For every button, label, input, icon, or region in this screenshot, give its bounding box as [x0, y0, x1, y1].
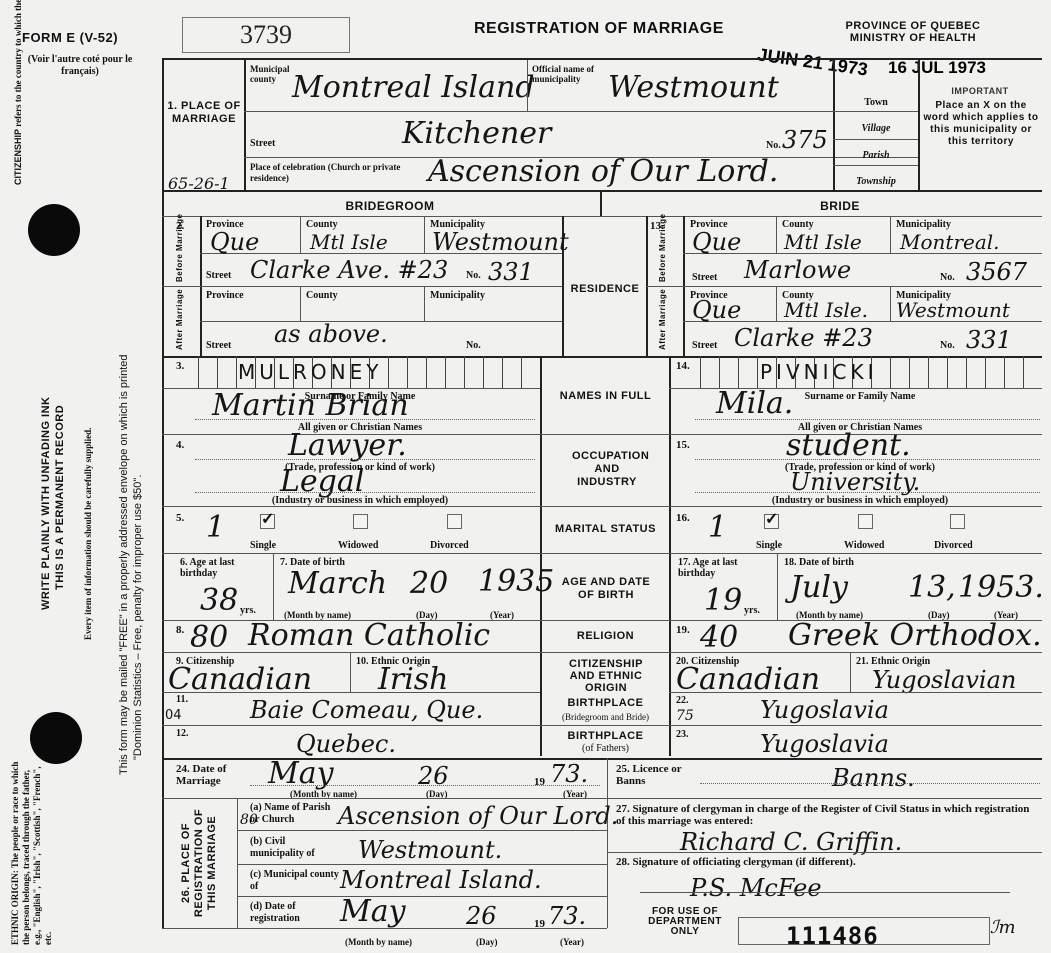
department-number: 111486	[786, 922, 879, 950]
registration-number-box: 3739	[182, 17, 350, 53]
citizenship-label: CITIZENSHIP AND ETHNIC ORIGIN	[560, 658, 652, 694]
form-code: FORM E (V-52)	[22, 30, 118, 45]
place-code: 65-26-1	[168, 168, 230, 200]
civil-municipality-value: Westmount.	[358, 834, 502, 866]
bride-divorced-label: Divorced	[934, 540, 973, 552]
official-name-label: Official name of municipality	[532, 64, 604, 84]
registration-section-label: 26. PLACE OF REGISTRATION OF THIS MARRIA…	[180, 800, 219, 926]
clergyman-register-signature: Richard C. Griffin.	[680, 826, 902, 858]
birthplace-label: BIRTHPLACE	[542, 697, 669, 709]
groom-divorced-label: Divorced	[430, 540, 469, 552]
celebration-label: Place of celebration (Church or private …	[250, 162, 420, 184]
groom-birthplace: Baie Comeau, Que.	[250, 694, 483, 726]
divider	[890, 216, 891, 253]
bride-occupation: student.	[786, 430, 911, 462]
divider	[695, 492, 1040, 493]
bride-dob-label: 18. Date of birth	[784, 557, 854, 569]
bride-birthplace: Yugoslavia	[760, 694, 889, 726]
groom-after-county-label: County	[306, 290, 338, 302]
groom-age-label-text: Age at last birthday	[180, 557, 234, 579]
groom-religion: Roman Catholic	[248, 620, 490, 652]
bride-name-number: 14.	[676, 360, 690, 372]
bride-religion-number: 19.	[676, 624, 690, 636]
divider	[600, 190, 602, 216]
ink-warning-2: THIS IS A PERMANENT RECORD	[54, 405, 66, 590]
mail-note-2: "Dominion Statistics – Free, penalty for…	[132, 475, 144, 760]
bride-dob-year: 1953.	[958, 572, 1044, 604]
street-value: Kitchener	[402, 118, 551, 150]
groom-birth-code: 04	[165, 708, 182, 723]
divider	[237, 896, 607, 897]
province-name: PROVINCE OF QUEBEC	[838, 20, 988, 32]
bride-divorced-checkbox[interactable]	[950, 514, 965, 529]
divider	[195, 419, 535, 420]
religion-label: RELIGION	[542, 630, 669, 642]
groom-divorced-checkbox[interactable]	[447, 514, 462, 529]
citizenship-note-text: refers to the country to which the perso…	[13, 0, 23, 127]
groom-industry-label: (Industry or business in which employed)	[200, 495, 520, 507]
groom-father-birthplace-number: 12.	[176, 728, 189, 740]
bride-before-marriage-label: Before Marriage	[658, 214, 667, 282]
groom-before-number: 331	[488, 256, 534, 288]
divider	[669, 356, 671, 756]
clergyman-register-label: 27. Signature of clergyman in charge of …	[616, 803, 1036, 827]
groom-marital-number: 5.	[176, 512, 184, 524]
groom-birthplace-number: 11.	[176, 694, 188, 706]
form-title: REGISTRATION OF MARRIAGE	[474, 20, 724, 38]
groom-yrs-label: yrs.	[240, 605, 256, 617]
info-note: Every item of information should be care…	[82, 428, 94, 640]
bride-dob-label-text: Date of birth	[799, 557, 854, 568]
place-of-marriage-label: 1. PLACE OF MARRIAGE	[164, 100, 244, 126]
bride-industry-label: (Industry or business in which employed)	[700, 495, 1020, 507]
names-label: NAMES IN FULL	[542, 390, 669, 402]
municipal-county-value-2: Montreal Island.	[340, 864, 542, 896]
divider	[833, 139, 918, 140]
registration-year-label: (Year)	[560, 936, 584, 948]
bride-after-municipality: Westmount	[896, 294, 1010, 326]
licence-value: Banns.	[832, 762, 915, 794]
groom-year-label: (Year)	[490, 609, 514, 621]
officiating-clergyman-label: 28. Signature of officiating clergyman (…	[616, 856, 1036, 868]
divider	[777, 553, 778, 620]
divider	[833, 111, 918, 112]
bride-after-street: Clarke #23	[734, 322, 873, 354]
groom-widowed-checkbox[interactable]	[353, 514, 368, 529]
bride-heading: BRIDE	[640, 199, 1040, 213]
groom-after-province-label: Province	[206, 290, 244, 302]
divider	[540, 356, 542, 756]
divider	[695, 419, 1040, 420]
divider	[300, 216, 301, 253]
registration-month: May	[340, 896, 406, 928]
residence-label: RESIDENCE	[564, 283, 646, 295]
street-label: Street	[250, 138, 275, 150]
bride-age-label: 17. Age at last birthday	[678, 557, 774, 579]
frame-top	[162, 58, 1042, 60]
officiating-clergyman-signature: P.S. McFee	[690, 872, 822, 904]
divider	[833, 165, 918, 166]
groom-widowed-label: Widowed	[338, 540, 378, 552]
divider	[890, 286, 891, 321]
municipal-county-label: Municipal county	[250, 64, 292, 84]
groom-before-municipality: Westmount	[432, 226, 569, 258]
number-label: No.	[766, 140, 781, 152]
bride-before-street: Marlowe	[744, 254, 851, 286]
divider	[244, 58, 246, 190]
groom-before-street-label: Street	[206, 270, 231, 282]
bride-dob-number: 18.	[784, 557, 797, 568]
bride-religion-code: 40	[700, 622, 738, 654]
bride-before-no-label: No.	[940, 272, 955, 284]
groom-occupation: Lawyer.	[288, 430, 407, 462]
divider	[350, 652, 351, 692]
licence-label: 25. Licence or Banns	[616, 763, 696, 787]
bride-dob-day: 13,	[908, 572, 956, 604]
bride-before-street-label: Street	[692, 272, 717, 284]
groom-given-names: Martin Brian	[212, 390, 409, 422]
divider	[195, 459, 535, 460]
divider	[776, 216, 777, 253]
groom-surname: MULRONEY	[238, 356, 383, 388]
divider	[273, 553, 274, 620]
divider	[162, 692, 540, 693]
registration-day-label: (Day)	[476, 936, 498, 948]
birthplace-sub-label: (Bridegroom and Bride)	[542, 711, 669, 723]
province-label: PROVINCE OF QUEBEC MINISTRY OF HEALTH	[838, 20, 988, 44]
groom-before-street: Clarke Ave. #23	[250, 254, 448, 286]
ethnic-note-title: ETHNIC ORIGIN:	[10, 870, 20, 945]
divider	[424, 216, 425, 253]
initials-mark: ℐm	[990, 912, 1016, 944]
groom-dob-day: 20	[410, 568, 448, 600]
groom-after-street: as above.	[274, 318, 388, 350]
civil-municipality-label: (b) Civil municipality of	[250, 836, 340, 860]
bride-industry: University.	[790, 466, 920, 498]
divider	[162, 190, 1042, 192]
important-label: IMPORTANT	[920, 86, 1040, 96]
official-name-value: Westmount	[608, 72, 779, 104]
bride-single-checkbox[interactable]: ✓	[764, 514, 779, 529]
bride-marital-number: 16.	[676, 512, 690, 524]
divider	[850, 652, 851, 692]
french-note: (Voir l'autre coté pour le français)	[20, 54, 140, 78]
punch-hole	[28, 204, 80, 256]
groom-age-label: 6. Age at last birthday	[180, 557, 270, 579]
bride-birthplace-number: 22.	[676, 695, 689, 707]
department-use-label: FOR USE OF DEPARTMENT ONLY	[640, 907, 730, 937]
marital-status-label: MARITAL STATUS	[542, 523, 669, 535]
groom-religion-number: 8.	[176, 624, 184, 636]
divider	[250, 785, 600, 786]
divider	[918, 60, 920, 190]
groom-ethnic-number: 10.	[356, 656, 369, 667]
groom-after-marriage-label: After Marriage	[175, 289, 184, 350]
bride-before-number: 3567	[966, 256, 1027, 288]
groom-industry: Legal	[280, 466, 364, 498]
bridegroom-heading: BRIDEGROOM	[240, 199, 540, 213]
territory-option-village[interactable]: Village	[834, 123, 918, 135]
bride-widowed-checkbox[interactable]	[858, 514, 873, 529]
divider	[669, 692, 1042, 693]
registration-month-label: (Month by name)	[345, 936, 412, 948]
bride-before-province: Que	[692, 226, 741, 258]
parish-label: (a) Name of Parish or Church	[250, 802, 340, 826]
bride-after-street-label: Street	[692, 340, 717, 352]
groom-name-number: 3.	[176, 360, 184, 372]
ink-warning-1: WRITE PLAINLY WITH UNFADING INK	[40, 397, 52, 611]
groom-before-no-label: No.	[466, 270, 481, 282]
divider	[162, 798, 1042, 799]
fathers-birthplace-label: BIRTHPLACE	[542, 730, 669, 742]
groom-dob-number: 7.	[280, 557, 288, 568]
bride-age: 19	[704, 585, 742, 617]
groom-age: 38	[200, 585, 238, 617]
ethnic-origin-note: ETHNIC ORIGIN: The people or race to whi…	[10, 755, 54, 945]
registration-year: 73.	[548, 900, 586, 932]
marriage-year-prefix: 19	[534, 776, 545, 788]
registration-date-label: (d) Date of registration	[250, 901, 340, 925]
bride-religion: Greek Orthodox.	[788, 620, 1042, 652]
divider	[162, 553, 1042, 554]
parish-value: Ascension of Our Lord.	[338, 800, 618, 832]
divider	[300, 286, 301, 321]
bride-single-label: Single	[756, 540, 782, 552]
bride-widowed-label: Widowed	[844, 540, 884, 552]
bride-after-marriage-label: After Marriage	[658, 289, 667, 350]
municipal-county-value: Montreal Island	[292, 72, 535, 104]
bride-surname: PIVNICKI	[760, 356, 877, 388]
bride-birth-code: 75	[676, 708, 694, 724]
age-dob-label: AGE AND DATE OF BIRTH	[558, 576, 654, 602]
territory-option-town[interactable]: Town	[834, 97, 918, 109]
divider	[700, 783, 1040, 784]
bride-occupation-number: 15.	[676, 439, 690, 451]
divider	[424, 286, 425, 321]
divider	[695, 459, 1040, 460]
signature-line	[640, 892, 1010, 893]
registration-number: 3739	[183, 18, 349, 52]
municipal-county-label-2: (c) Municipal county of	[250, 869, 340, 893]
marriage-date-label: 24. Date of Marriage	[176, 763, 256, 787]
registration-day: 26	[466, 900, 497, 932]
territory-option-township[interactable]: Township	[834, 176, 918, 188]
groom-religion-code: 80	[190, 622, 228, 654]
groom-before-marriage-label: Before Marriage	[175, 214, 184, 282]
divider	[527, 60, 528, 111]
processed-stamp: 16 JUL 1973	[888, 58, 986, 78]
parish-code: 80	[240, 812, 258, 828]
bride-father-birthplace-number: 23.	[676, 729, 689, 741]
territory-option-parish[interactable]: Parish	[834, 150, 918, 162]
groom-age-number: 6.	[180, 557, 188, 568]
mail-note-1: This form may be mailed "FREE" in a prop…	[118, 354, 130, 775]
bride-after-number: 331	[966, 324, 1012, 356]
celebration-value: Ascension of Our Lord.	[428, 156, 778, 188]
groom-marital-code: 1	[206, 512, 225, 544]
fathers-birthplace-sub-label: (of Fathers)	[542, 743, 669, 755]
bride-father-birthplace: Yugoslavia	[760, 728, 889, 760]
bride-marital-code: 1	[708, 512, 727, 544]
divider	[162, 216, 1042, 217]
citizenship-note-title: CITIZENSHIP	[13, 129, 23, 185]
citizenship-note: CITIZENSHIP refers to the country to whi…	[12, 65, 24, 185]
bride-dob-month: July	[790, 572, 848, 604]
important-note: Place an X on the word which applies to …	[922, 100, 1040, 148]
divider	[237, 798, 238, 928]
divider	[195, 492, 535, 493]
groom-dob-month: March	[288, 568, 387, 600]
groom-after-street-label: Street	[206, 340, 231, 352]
number-value: 375	[782, 124, 828, 156]
divider	[607, 758, 608, 798]
divider	[607, 852, 1042, 853]
bride-given-names: Mila.	[716, 388, 793, 420]
groom-single-label: Single	[250, 540, 276, 552]
groom-after-municipality-label: Municipality	[430, 290, 485, 302]
registration-year-prefix: 19	[534, 918, 545, 930]
bride-after-no-label: No.	[940, 340, 955, 352]
ministry-name: MINISTRY OF HEALTH	[838, 32, 988, 44]
bride-yrs-label: yrs.	[744, 605, 760, 617]
bride-ethnic-number: 21.	[856, 656, 869, 667]
groom-single-checkbox[interactable]: ✓	[260, 514, 275, 529]
divider	[776, 286, 777, 321]
bride-age-number: 17.	[678, 557, 691, 568]
groom-after-no-label: No.	[466, 340, 481, 352]
groom-occupation-number: 4.	[176, 439, 184, 451]
occupation-label: OCCUPATION AND INDUSTRY	[572, 450, 642, 489]
divider	[244, 111, 919, 112]
bride-before-municipality: Montreal.	[900, 226, 1000, 258]
groom-dob-year: 1935	[478, 566, 554, 598]
